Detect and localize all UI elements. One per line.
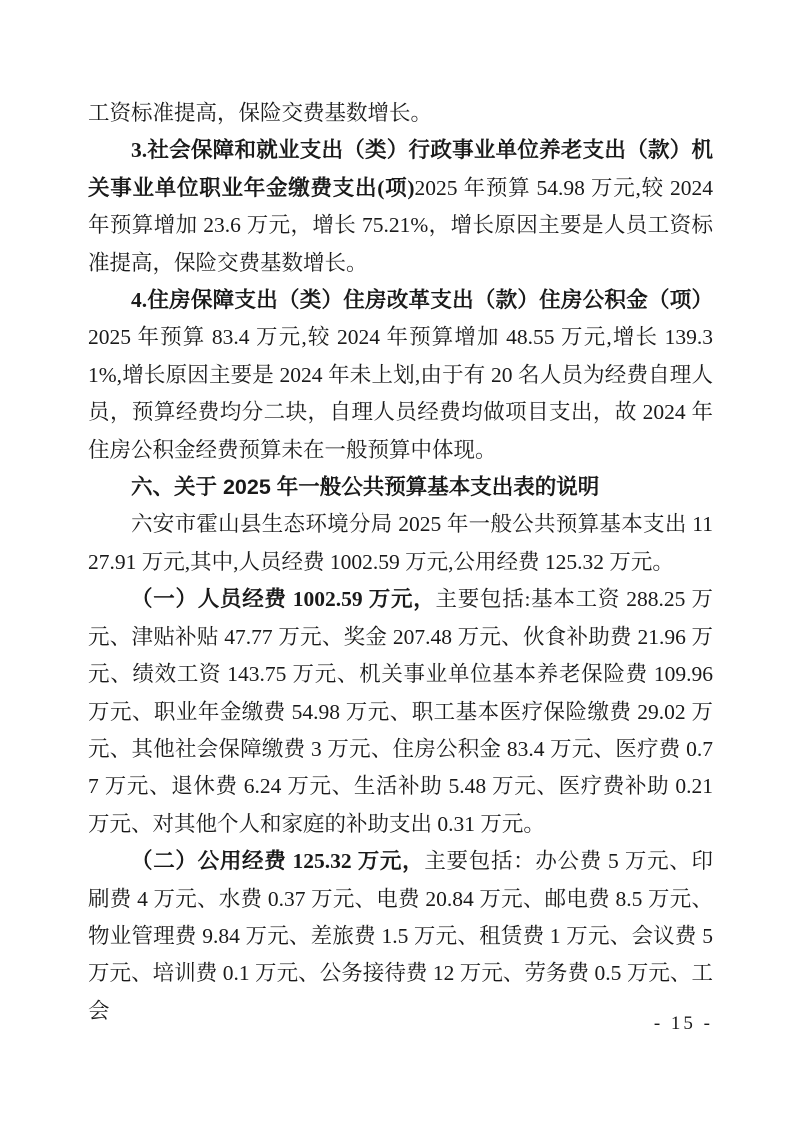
paragraph: （一）人员经费 1002.59 万元，主要包括:基本工资 288.25 万元、津… xyxy=(88,581,713,843)
text-run: （二）公用经费 125.32 万元， xyxy=(131,849,424,873)
paragraph: 4.住房保障支出（类）住房改革支出（款）住房公积金（项）2025 年预算 83.… xyxy=(88,282,713,469)
document-content: 工资标准提高，保险交费基数增长。3.社会保障和就业支出（类）行政事业单位养老支出… xyxy=(88,95,713,1030)
text-run: 主要包括：办公费 5 万元、印刷费 4 万元、水费 0.37 万元、电费 20.… xyxy=(88,849,713,1023)
text-run: 2025 年预算 83.4 万元,较 2024 年预算增加 48.55 万元,增… xyxy=(88,325,713,461)
page-footer: - 15 - xyxy=(513,1013,713,1035)
text-run: 4.住房保障支出（类）住房改革支出（款）住房公积金（项） xyxy=(131,288,713,312)
text-run: （一）人员经费 1002.59 万元， xyxy=(131,587,436,611)
paragraph: 六安市霍山县生态环境分局 2025 年一般公共预算基本支出 1127.91 万元… xyxy=(88,506,713,581)
text-run: 主要包括:基本工资 288.25 万元、津贴补贴 47.77 万元、奖金 207… xyxy=(88,587,713,835)
paragraph: 工资标准提高，保险交费基数增长。 xyxy=(88,95,713,132)
page-number: - 15 - xyxy=(654,1013,713,1034)
paragraph: 3.社会保障和就业支出（类）行政事业单位养老支出（款）机关事业单位职业年金缴费支… xyxy=(88,132,713,282)
section-heading: 六、关于 2025 年一般公共预算基本支出表的说明 xyxy=(88,469,713,506)
text-run: 六安市霍山县生态环境分局 2025 年一般公共预算基本支出 1127.91 万元… xyxy=(88,512,713,573)
paragraph: （二）公用经费 125.32 万元，主要包括：办公费 5 万元、印刷费 4 万元… xyxy=(88,843,713,1030)
text-run: 工资标准提高，保险交费基数增长。 xyxy=(88,101,432,125)
document-page: 工资标准提高，保险交费基数增长。3.社会保障和就业支出（类）行政事业单位养老支出… xyxy=(0,0,793,1122)
text-run: 六、关于 2025 年一般公共预算基本支出表的说明 xyxy=(131,475,599,499)
